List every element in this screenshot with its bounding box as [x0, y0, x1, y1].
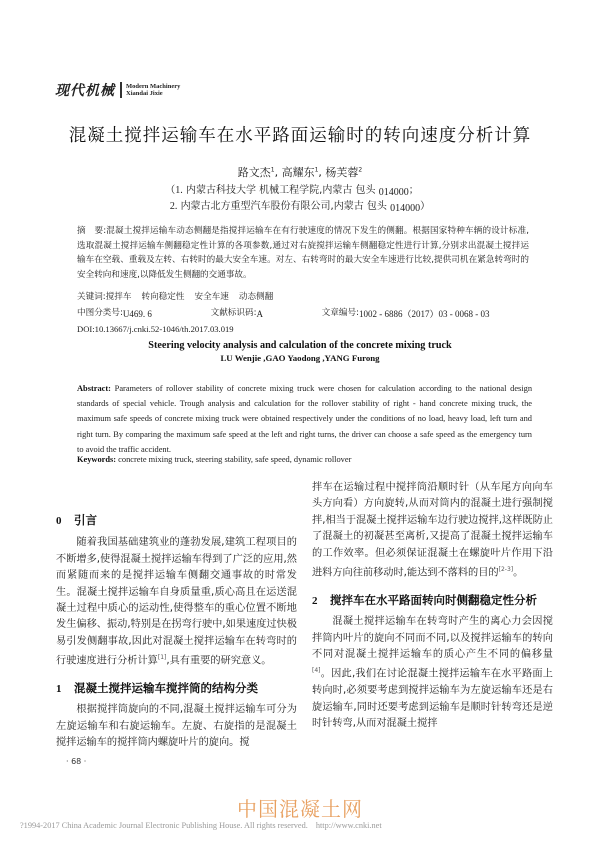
- clc-label: 中图分类号:: [77, 308, 123, 318]
- doc-code-value: A: [256, 309, 263, 319]
- keywords-cn: 关键词:搅拌车转向稳定性安全车速动态侧翻: [77, 290, 283, 302]
- author-affiliation-mark: 1: [315, 166, 319, 173]
- affiliation-2: 2. 内蒙古北方重型汽车股份有限公司,内蒙古 包头 014000）: [0, 197, 600, 214]
- copyright-text: ?1994-2017 China Academic Journal Electr…: [20, 821, 308, 830]
- paper-title: 混凝土搅拌运输车在水平路面运输时的转向速度分析计算: [0, 122, 600, 147]
- author-list-en: LU Wenjie ,GAO Yaodong ,YANG Furong: [0, 353, 600, 363]
- author-affiliation-mark: 2: [358, 166, 362, 173]
- journal-logo: 现代机械 Modern Machinery Xiandai Jixie: [55, 80, 180, 100]
- keywords-en-label: Keywords:: [77, 455, 116, 464]
- page-number: · 68 ·: [66, 757, 86, 766]
- abstract-cn: 摘 要:混凝土搅拌运输车动态侧翻是指搅拌运输车在有行驶速度的情况下发生的侧翻。根…: [77, 224, 529, 282]
- author-name: 杨芙蓉: [325, 166, 358, 179]
- section-heading-2: 2 搅拌车在水平路面转向时侧翻稳定性分析: [312, 592, 553, 609]
- paragraph: 随着我国基础建筑业的蓬勃发展,建筑工程项目的不断增多,使得混凝土搅拌运输车得到了…: [56, 535, 297, 670]
- journal-name-cn: 现代机械: [55, 80, 115, 100]
- citation: [2-3]: [499, 566, 513, 573]
- article-no-value: 1002 - 6886（2017）03 - 0068 - 03: [359, 309, 490, 319]
- author-name: 高耀东: [282, 166, 315, 179]
- journal-name-en-line1: Modern Machinery: [126, 83, 180, 90]
- article-no-label: 文章编号:: [322, 308, 359, 318]
- clc-value: U469. 6: [123, 309, 152, 319]
- body-column-left: 0 引言 随着我国基础建筑业的蓬勃发展,建筑工程项目的不断增多,使得混凝土搅拌运…: [56, 512, 297, 752]
- journal-name-en: Modern Machinery Xiandai Jixie: [126, 83, 180, 97]
- paragraph: 拌车在运输过程中搅拌筒沿顺时针（从车尾方向向车头方向看）方向旋转,从而对筒内的混…: [312, 480, 553, 582]
- logo-divider: [120, 82, 122, 98]
- keyword: 动态侧翻: [239, 292, 273, 302]
- keyword: 搅拌车: [106, 292, 132, 302]
- classification-line: 中图分类号:U469. 6 文献标识码:A 文章编号:1002 - 6886（2…: [77, 306, 490, 320]
- paragraph: 根据搅拌筒旋向的不同,混凝土搅拌运输车可分为左旋运输车和右旋运输车。左旋、右旋指…: [56, 702, 297, 751]
- doc-code-label: 文献标识码:: [211, 308, 257, 318]
- abstract-cn-label: 摘 要:: [77, 226, 106, 236]
- abstract-en-label: Abstract:: [77, 384, 111, 393]
- keyword: 转向稳定性: [141, 292, 184, 302]
- doi: DOI:10.13667/j.cnki.52-1046/th.2017.03.0…: [77, 324, 234, 334]
- abstract-cn-text: 混凝土搅拌运输车动态侧翻是指搅拌运输车在有行驶速度的情况下发生的侧翻。根据国家特…: [77, 226, 529, 280]
- author-name: 路文杰: [238, 166, 271, 179]
- citation: [4]: [312, 667, 321, 674]
- author-list: 路文杰1, 高耀东1, 杨芙蓉2: [0, 164, 600, 180]
- section-heading-0: 0 引言: [56, 512, 297, 529]
- keywords-cn-label: 关键词:: [77, 292, 106, 302]
- section-heading-1: 1 混凝土搅拌运输车搅拌筒的结构分类: [56, 680, 297, 697]
- journal-name-en-line2: Xiandai Jixie: [126, 90, 163, 97]
- affiliation-1: （1. 内蒙古科技大学 机械工程学院,内蒙古 包头 014000；: [0, 181, 592, 198]
- author-affiliation-mark: 1: [271, 166, 275, 173]
- abstract-en: Abstract: Parameters of rollover stabili…: [77, 381, 532, 457]
- body-column-right: 拌车在运输过程中搅拌筒沿顺时针（从车尾方向向车头方向看）方向旋转,从而对筒内的混…: [312, 480, 553, 732]
- cnki-link[interactable]: http://www.cnki.net: [316, 821, 382, 830]
- keyword: 安全车速: [194, 292, 228, 302]
- abstract-en-text: Parameters of rollover stability of conc…: [77, 384, 532, 454]
- paragraph: 混凝土搅拌运输车在转弯时产生的离心力会因搅拌筒内叶片的旋向不同而不同,以及搅拌运…: [312, 614, 553, 732]
- keywords-en: Keywords: concrete mixing truck, steerin…: [77, 455, 351, 464]
- copyright-line: ?1994-2017 China Academic Journal Electr…: [20, 821, 382, 830]
- paper-title-en: Steering velocity analysis and calculati…: [0, 340, 600, 351]
- watermark: 中国混凝土网: [0, 793, 600, 822]
- keywords-en-text: concrete mixing truck, steering stabilit…: [118, 455, 351, 464]
